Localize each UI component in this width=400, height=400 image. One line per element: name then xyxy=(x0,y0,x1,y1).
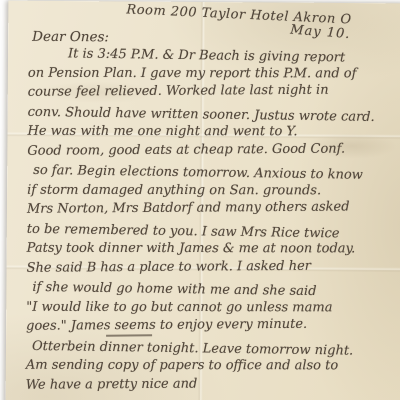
letter-line: We have a pretty nice and xyxy=(26,373,398,395)
letter-return-address: Room 200 Taylor Hotel Akron O xyxy=(126,2,392,29)
letter-line: Mrs Norton, Mrs Batdorf and many others … xyxy=(27,197,399,219)
salutation: Dear Ones: xyxy=(32,29,109,46)
letter-line: She said B has a place to work. I asked … xyxy=(26,256,398,278)
letter-date: May 10. xyxy=(290,23,351,43)
letter-line: goes." James seems to enjoy every minute… xyxy=(26,314,398,336)
letter-line: Good room, good eats at cheap rate. Good… xyxy=(27,139,399,161)
letter-scan: Room 200 Taylor Hotel Akron O May 10. De… xyxy=(0,0,400,400)
letter-line: course feel relieved. Worked late last n… xyxy=(28,80,400,102)
letter-page: Room 200 Taylor Hotel Akron O May 10. De… xyxy=(6,1,400,400)
letter-body: It is 3:45 P.M. & Dr Beach is giving rep… xyxy=(26,44,400,398)
